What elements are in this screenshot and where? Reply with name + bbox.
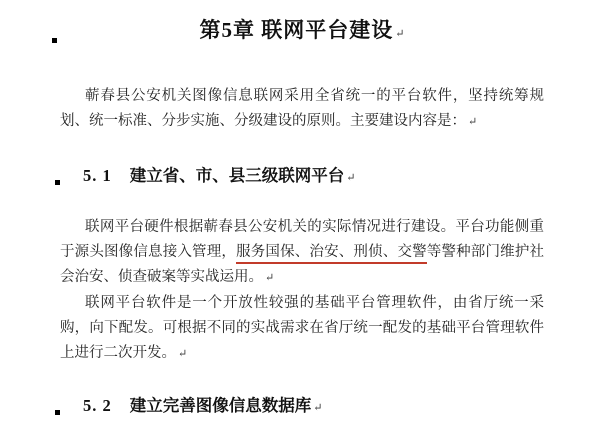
- software-paragraph: 联网平台软件是一个开放性较强的基础平台管理软件，由省厅统一采购，向下配发。可根据…: [60, 291, 544, 367]
- section-heading-5-1: 5. 1建立省、市、县三级联网平台↵: [60, 165, 544, 189]
- section-number: 5. 1: [83, 166, 112, 185]
- software-paragraph-text: 联网平台软件是一个开放性较强的基础平台管理软件，由省厅统一采购，向下配发。可根据…: [60, 295, 544, 361]
- heading-format-square-icon: [55, 410, 60, 415]
- section-title: 建立省、市、县三级联网平台: [130, 166, 345, 185]
- paragraph-mark-icon: ↵: [468, 116, 477, 128]
- hardware-paragraph: 联网平台硬件根据蕲春县公安机关的实际情况进行建设。平台功能侧重于源头图像信息接入…: [60, 215, 544, 291]
- heading-format-square-icon: [55, 180, 60, 185]
- paragraph-mark-icon: ↵: [346, 172, 355, 184]
- chapter-title: 第5章 联网平台建设: [200, 18, 394, 42]
- document-viewport: 第5章 联网平台建设↵ 蕲春县公安机关图像信息联网采用全省统一的平台软件，坚持统…: [0, 0, 590, 433]
- section-title: 建立完善图像信息数据库: [130, 396, 312, 415]
- heading-format-square-icon: [52, 38, 57, 43]
- chapter-title-row: 第5章 联网平台建设↵: [60, 16, 544, 48]
- section-number: 5. 2: [83, 396, 112, 415]
- paragraph-mark-icon: ↵: [178, 348, 187, 360]
- paragraph-mark-icon: ↵: [313, 402, 322, 414]
- red-underlined-phrase: 服务国保、治安、刑侦、交警: [236, 244, 427, 264]
- section-heading-5-2: 5. 2建立完善图像信息数据库↵: [60, 395, 544, 419]
- paragraph-mark-icon: ↵: [395, 28, 404, 40]
- intro-paragraph: 蕲春县公安机关图像信息联网采用全省统一的平台软件，坚持统筹规划、统一标准、分步实…: [60, 84, 544, 135]
- document-page: 第5章 联网平台建设↵ 蕲春县公安机关图像信息联网采用全省统一的平台软件，坚持统…: [0, 0, 590, 433]
- paragraph-mark-icon: ↵: [265, 272, 274, 284]
